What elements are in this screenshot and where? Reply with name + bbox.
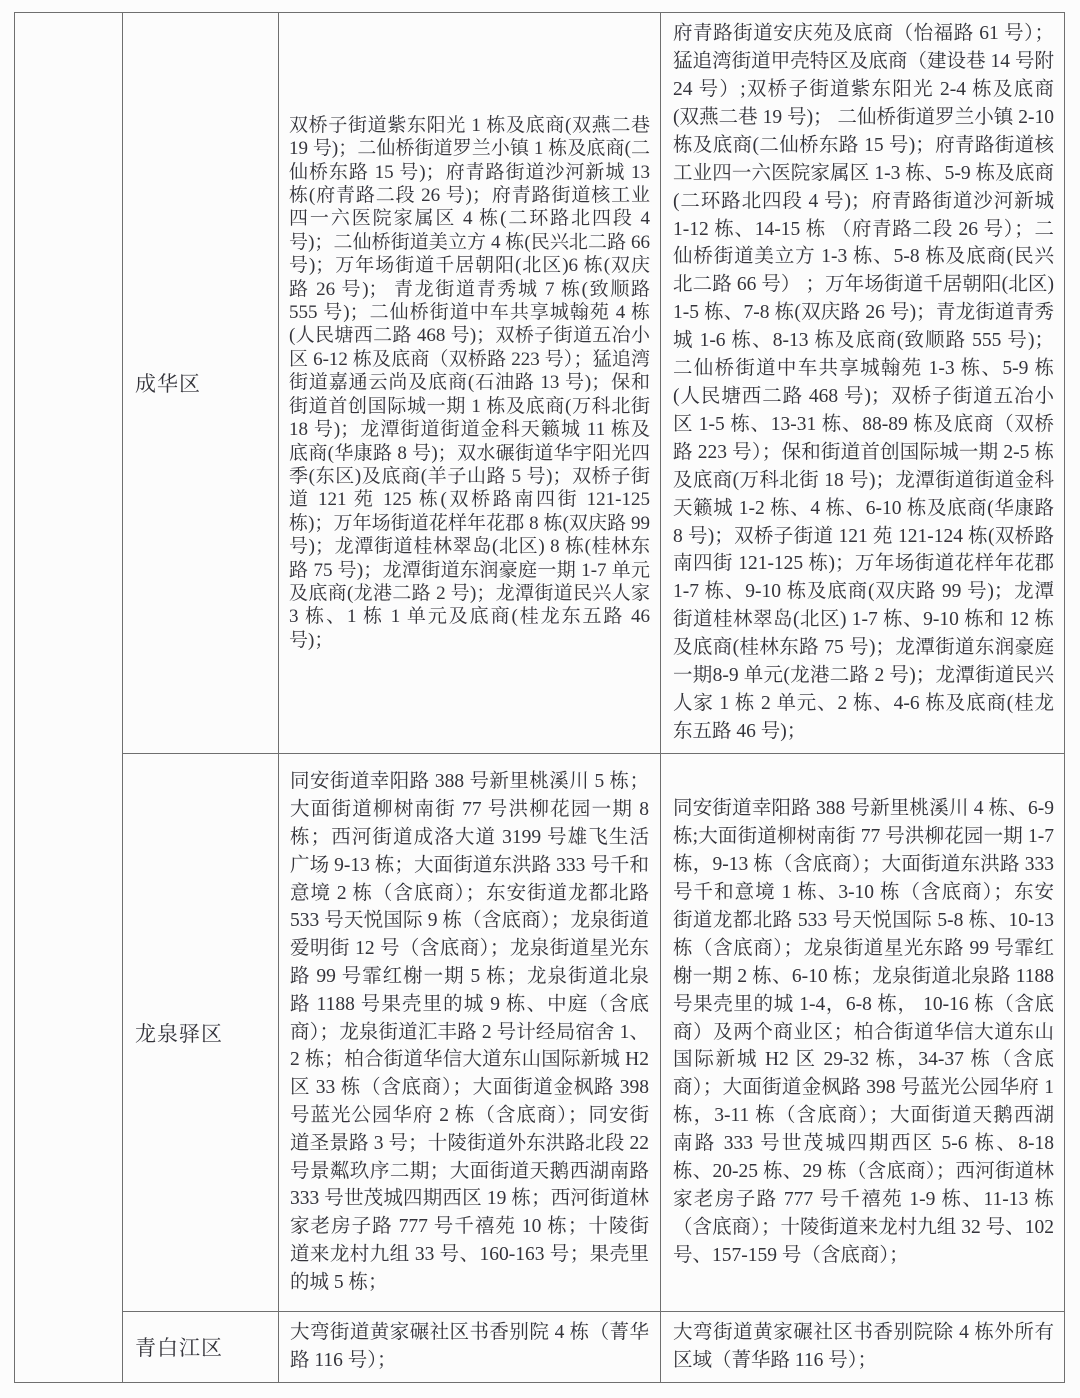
qingbaijiang-precise-zones-cell: 大弯街道黄家碾社区书香别院 4 栋（菁华路 116 号）； (279, 1312, 661, 1382)
longquanyi-other-zones-cell: 同安街道幸阳路 388 号新里桃溪川 4 栋、6-9 栋;大面街道柳树南街 77… (661, 754, 1064, 1312)
district-cell-chenghua: 成华区 (123, 13, 279, 754)
chenghua-other-zones-cell: 府青路街道安庆苑及底商（怡福路 61 号）；猛追湾街道甲壳特区及底商（建设巷 1… (661, 13, 1064, 754)
district-zone-table: 成华区 双桥子街道紫东阳光 1 栋及底商(双燕二巷 19 号)；二仙桥街道罗兰小… (14, 12, 1065, 1383)
qingbaijiang-other-zones-text: 大弯街道黄家碾社区书香别院除 4 栋外所有区域（菁华路 116 号）； (673, 1319, 1054, 1375)
district-cell-qingbaijiang: 青白江区 (123, 1312, 279, 1382)
longquanyi-other-zones-text: 同安街道幸阳路 388 号新里桃溪川 4 栋、6-9 栋;大面街道柳树南街 77… (673, 795, 1054, 1269)
longquanyi-precise-zones-cell: 同安街道幸阳路 388 号新里桃溪川 5 栋；大面街道柳树南街 77 号洪柳花园… (279, 754, 661, 1312)
district-label: 青白江区 (135, 1332, 223, 1362)
district-label: 龙泉驿区 (135, 1018, 223, 1048)
merged-empty-column (15, 13, 123, 1382)
chenghua-precise-zones-text: 双桥子街道紫东阳光 1 栋及底商(双燕二巷 19 号)；二仙桥街道罗兰小镇 1 … (289, 114, 650, 652)
district-cell-longquanyi: 龙泉驿区 (123, 754, 279, 1312)
chenghua-other-zones-text: 府青路街道安庆苑及底商（怡福路 61 号）；猛追湾街道甲壳特区及底商（建设巷 1… (673, 20, 1054, 746)
longquanyi-precise-zones-text: 同安街道幸阳路 388 号新里桃溪川 5 栋；大面街道柳树南街 77 号洪柳花园… (290, 768, 649, 1296)
page: { "page": { "colors": { "background": "#… (0, 0, 1080, 1398)
qingbaijiang-precise-zones-text: 大弯街道黄家碾社区书香别院 4 栋（菁华路 116 号）； (290, 1319, 649, 1375)
district-label: 成华区 (135, 368, 201, 398)
qingbaijiang-other-zones-cell: 大弯街道黄家碾社区书香别院除 4 栋外所有区域（菁华路 116 号）； (661, 1312, 1064, 1382)
chenghua-precise-zones-cell: 双桥子街道紫东阳光 1 栋及底商(双燕二巷 19 号)；二仙桥街道罗兰小镇 1 … (279, 13, 661, 754)
